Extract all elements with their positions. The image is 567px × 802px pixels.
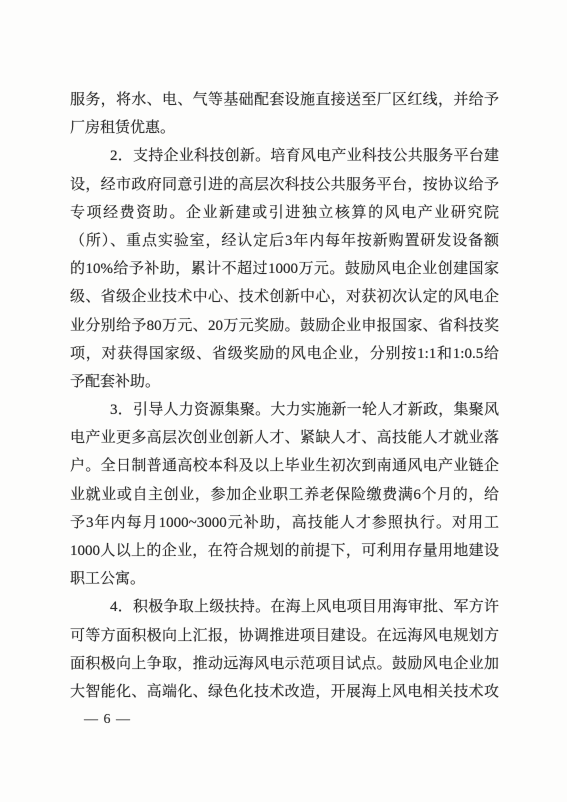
document-page: 服务，将水、电、气等基础配套设施直接送至厂区红线，并给予 厂房租赁优惠。 2．支… — [0, 0, 567, 802]
text-line-paragraph-4-start: 4．积极争取上级扶持。在海上风电项目用海审批、军方许 — [70, 593, 499, 621]
text-line: 服务，将水、电、气等基础配套设施直接送至厂区红线，并给予 — [70, 86, 499, 114]
text-line-paragraph-3-start: 3．引导人力资源集聚。大力实施新一轮人才新政，集聚风 — [70, 396, 499, 424]
text-line: 业就业或自主创业，参加企业职工养老保险缴费满6个月的，给 — [70, 481, 499, 509]
text-line: 职工公寓。 — [70, 565, 499, 593]
text-line: 厂房租赁优惠。 — [70, 114, 499, 142]
text-line: 大智能化、高端化、绿色化技术改造，开展海上风电相关技术攻 — [70, 678, 499, 706]
text-line: 的10%给予补助，累计不超过1000万元。鼓励风电企业创建国家 — [70, 255, 499, 283]
page-number: — 6 — — [84, 710, 131, 730]
text-line: 业分别给予80万元、20万元奖励。鼓励企业申报国家、省科技奖 — [70, 312, 499, 340]
text-line: 专项经费资助。企业新建或引进独立核算的风电产业研究院 — [70, 199, 499, 227]
text-line: 项，对获得国家级、省级奖励的风电企业，分别按1:1和1:0.5给 — [70, 340, 499, 368]
text-line: 予3年内每月1000~3000元补助，高技能人才参照执行。对用工 — [70, 509, 499, 537]
text-line: 1000人以上的企业，在符合规划的前提下，可利用存量用地建设 — [70, 537, 499, 565]
text-line: 面积极向上争取，推动远海风电示范项目试点。鼓励风电企业加 — [70, 650, 499, 678]
document-body: 服务，将水、电、气等基础配套设施直接送至厂区红线，并给予 厂房租赁优惠。 2．支… — [70, 86, 499, 706]
text-line: 电产业更多高层次创业创新人才、紧缺人才、高技能人才就业落 — [70, 424, 499, 452]
text-line: 户。全日制普通高校本科及以上毕业生初次到南通风电产业链企 — [70, 452, 499, 480]
text-line: 可等方面积极向上汇报，协调推进项目建设。在远海风电规划方 — [70, 622, 499, 650]
text-line: 设，经市政府同意引进的高层次科技公共服务平台，按协议给予 — [70, 171, 499, 199]
text-line-paragraph-2-start: 2．支持企业科技创新。培育风电产业科技公共服务平台建 — [70, 142, 499, 170]
text-line: （所）、重点实验室，经认定后3年内每年按新购置研发设备额 — [70, 227, 499, 255]
text-line: 级、省级企业技术中心、技术创新中心，对获初次认定的风电企 — [70, 283, 499, 311]
text-line: 予配套补助。 — [70, 368, 499, 396]
